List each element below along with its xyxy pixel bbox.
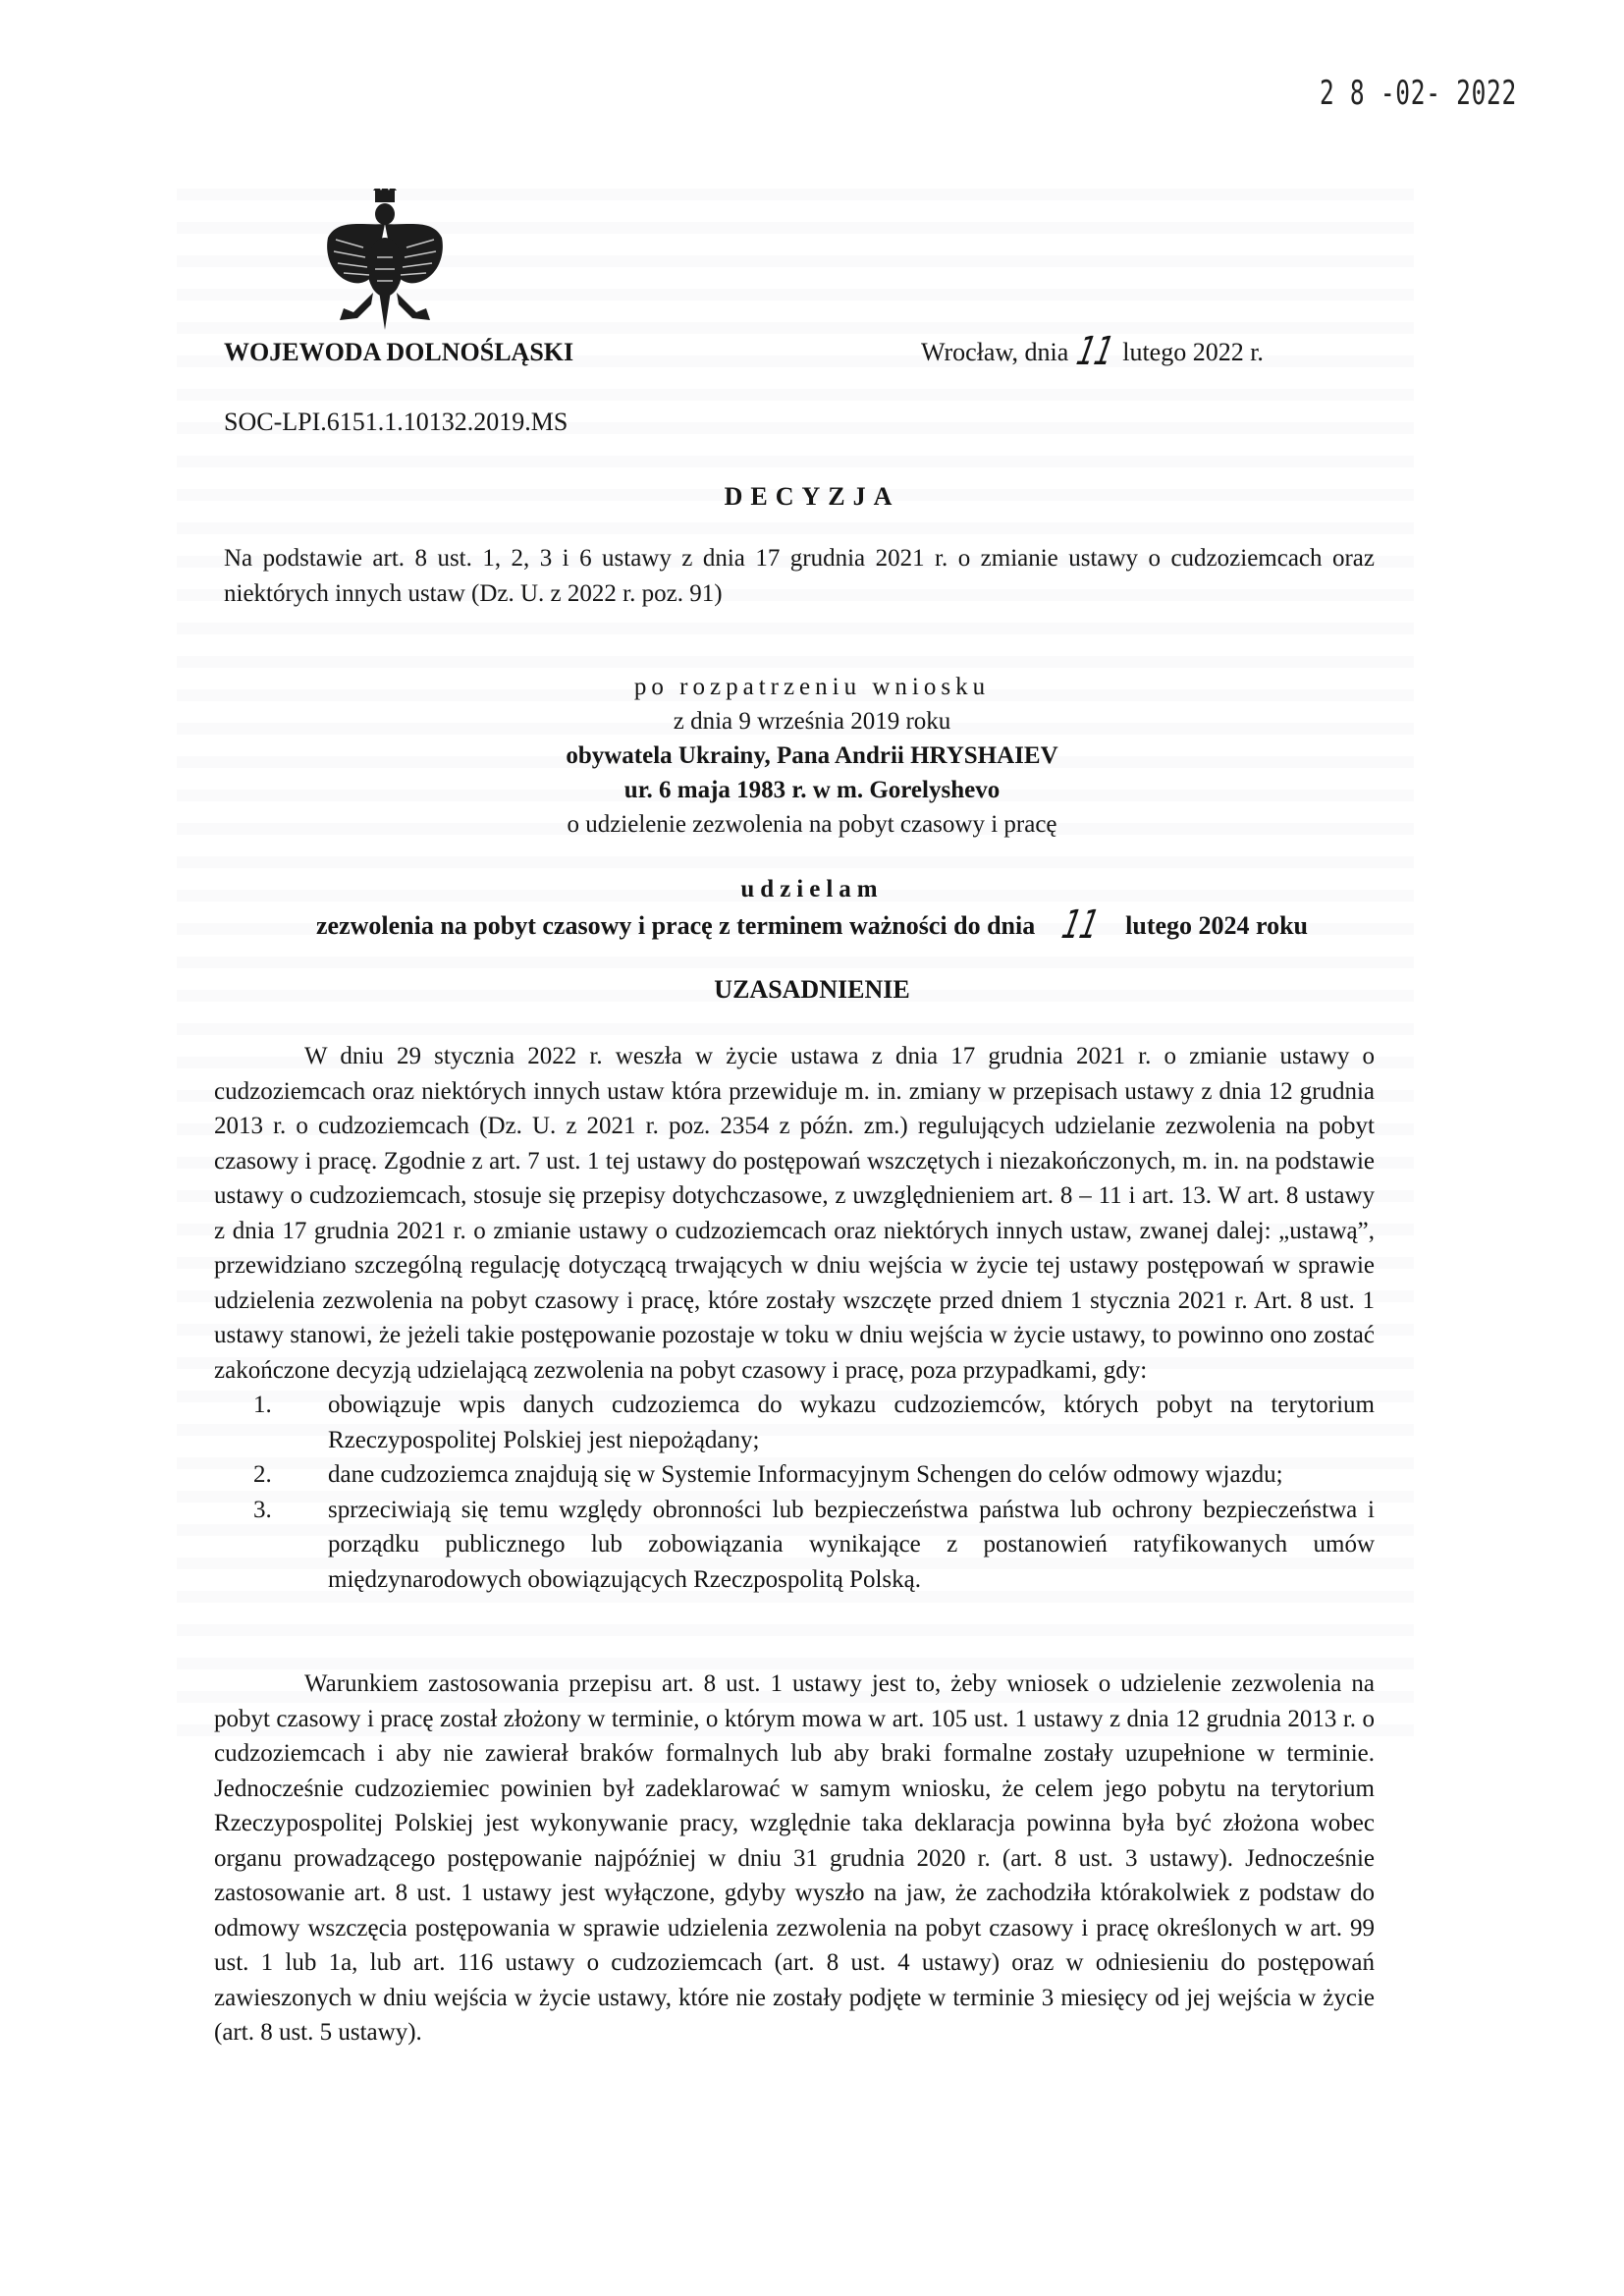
exceptions-list: 1.obowiązuje wpis danych cudzoziemca do … [214,1388,1375,1597]
exception-item-2: 2.dane cudzoziemca znajdują się w System… [253,1457,1375,1493]
applicant-name: obywatela Ukrainy, Pana Andrii HRYSHAIEV [0,738,1624,773]
received-date-stamp: 2 8 -02- 2022 [1320,74,1517,113]
application-line-1: po rozpatrzeniu wniosku [0,670,1624,704]
decision-title: DECYZJA [0,482,1624,512]
application-details: po rozpatrzeniu wniosku z dnia 9 wrześni… [0,670,1624,842]
grant-suffix: lutego 2024 roku [1125,911,1308,940]
document-page: 2 8 -02- 2022 WOJEWODA DOLNOŚLĄSKI W [0,0,1624,2296]
application-subject: o udzielenie zezwolenia na pobyt czasowy… [0,807,1624,842]
polish-eagle-emblem-icon [324,189,446,332]
grant-prefix: zezwolenia na pobyt czasowy i pracę z te… [316,911,1035,940]
legal-basis: Na podstawie art. 8 ust. 1, 2, 3 i 6 ust… [224,541,1375,612]
place-date-prefix: Wrocław, dnia [921,338,1068,366]
place-and-date: Wrocław, dnia11lutego 2022 r. [921,338,1264,367]
handwritten-expiry-day: 11 [1060,915,1100,935]
justification-body-2: Warunkiem zastosowania przepisu art. 8 u… [214,1667,1375,2050]
issuer-title: WOJEWODA DOLNOŚLĄSKI [224,338,573,367]
application-date: z dnia 9 września 2019 roku [0,704,1624,738]
grant-statement: zezwolenia na pobyt czasowy i pracę z te… [0,911,1624,941]
exception-item-1: 1.obowiązuje wpis danych cudzoziemca do … [253,1388,1375,1457]
place-date-suffix: lutego 2022 r. [1122,338,1264,366]
justification-paragraph-2: Warunkiem zastosowania przepisu art. 8 u… [214,1667,1375,2050]
handwritten-day: 11 [1076,342,1115,361]
applicant-birth: ur. 6 maja 1983 r. w m. Gorelyshevo [0,773,1624,807]
justification-paragraph-1: W dniu 29 stycznia 2022 r. weszła w życi… [214,1039,1375,1388]
case-reference-number: SOC-LPI.6151.1.10132.2019.MS [224,408,568,437]
exception-item-3: 3.sprzeciwiają się temu względy obronnoś… [253,1493,1375,1598]
grant-word: udzielam [0,872,1624,906]
justification-title: UZASADNIENIE [0,975,1624,1005]
justification-body: W dniu 29 stycznia 2022 r. weszła w życi… [214,1039,1375,1597]
